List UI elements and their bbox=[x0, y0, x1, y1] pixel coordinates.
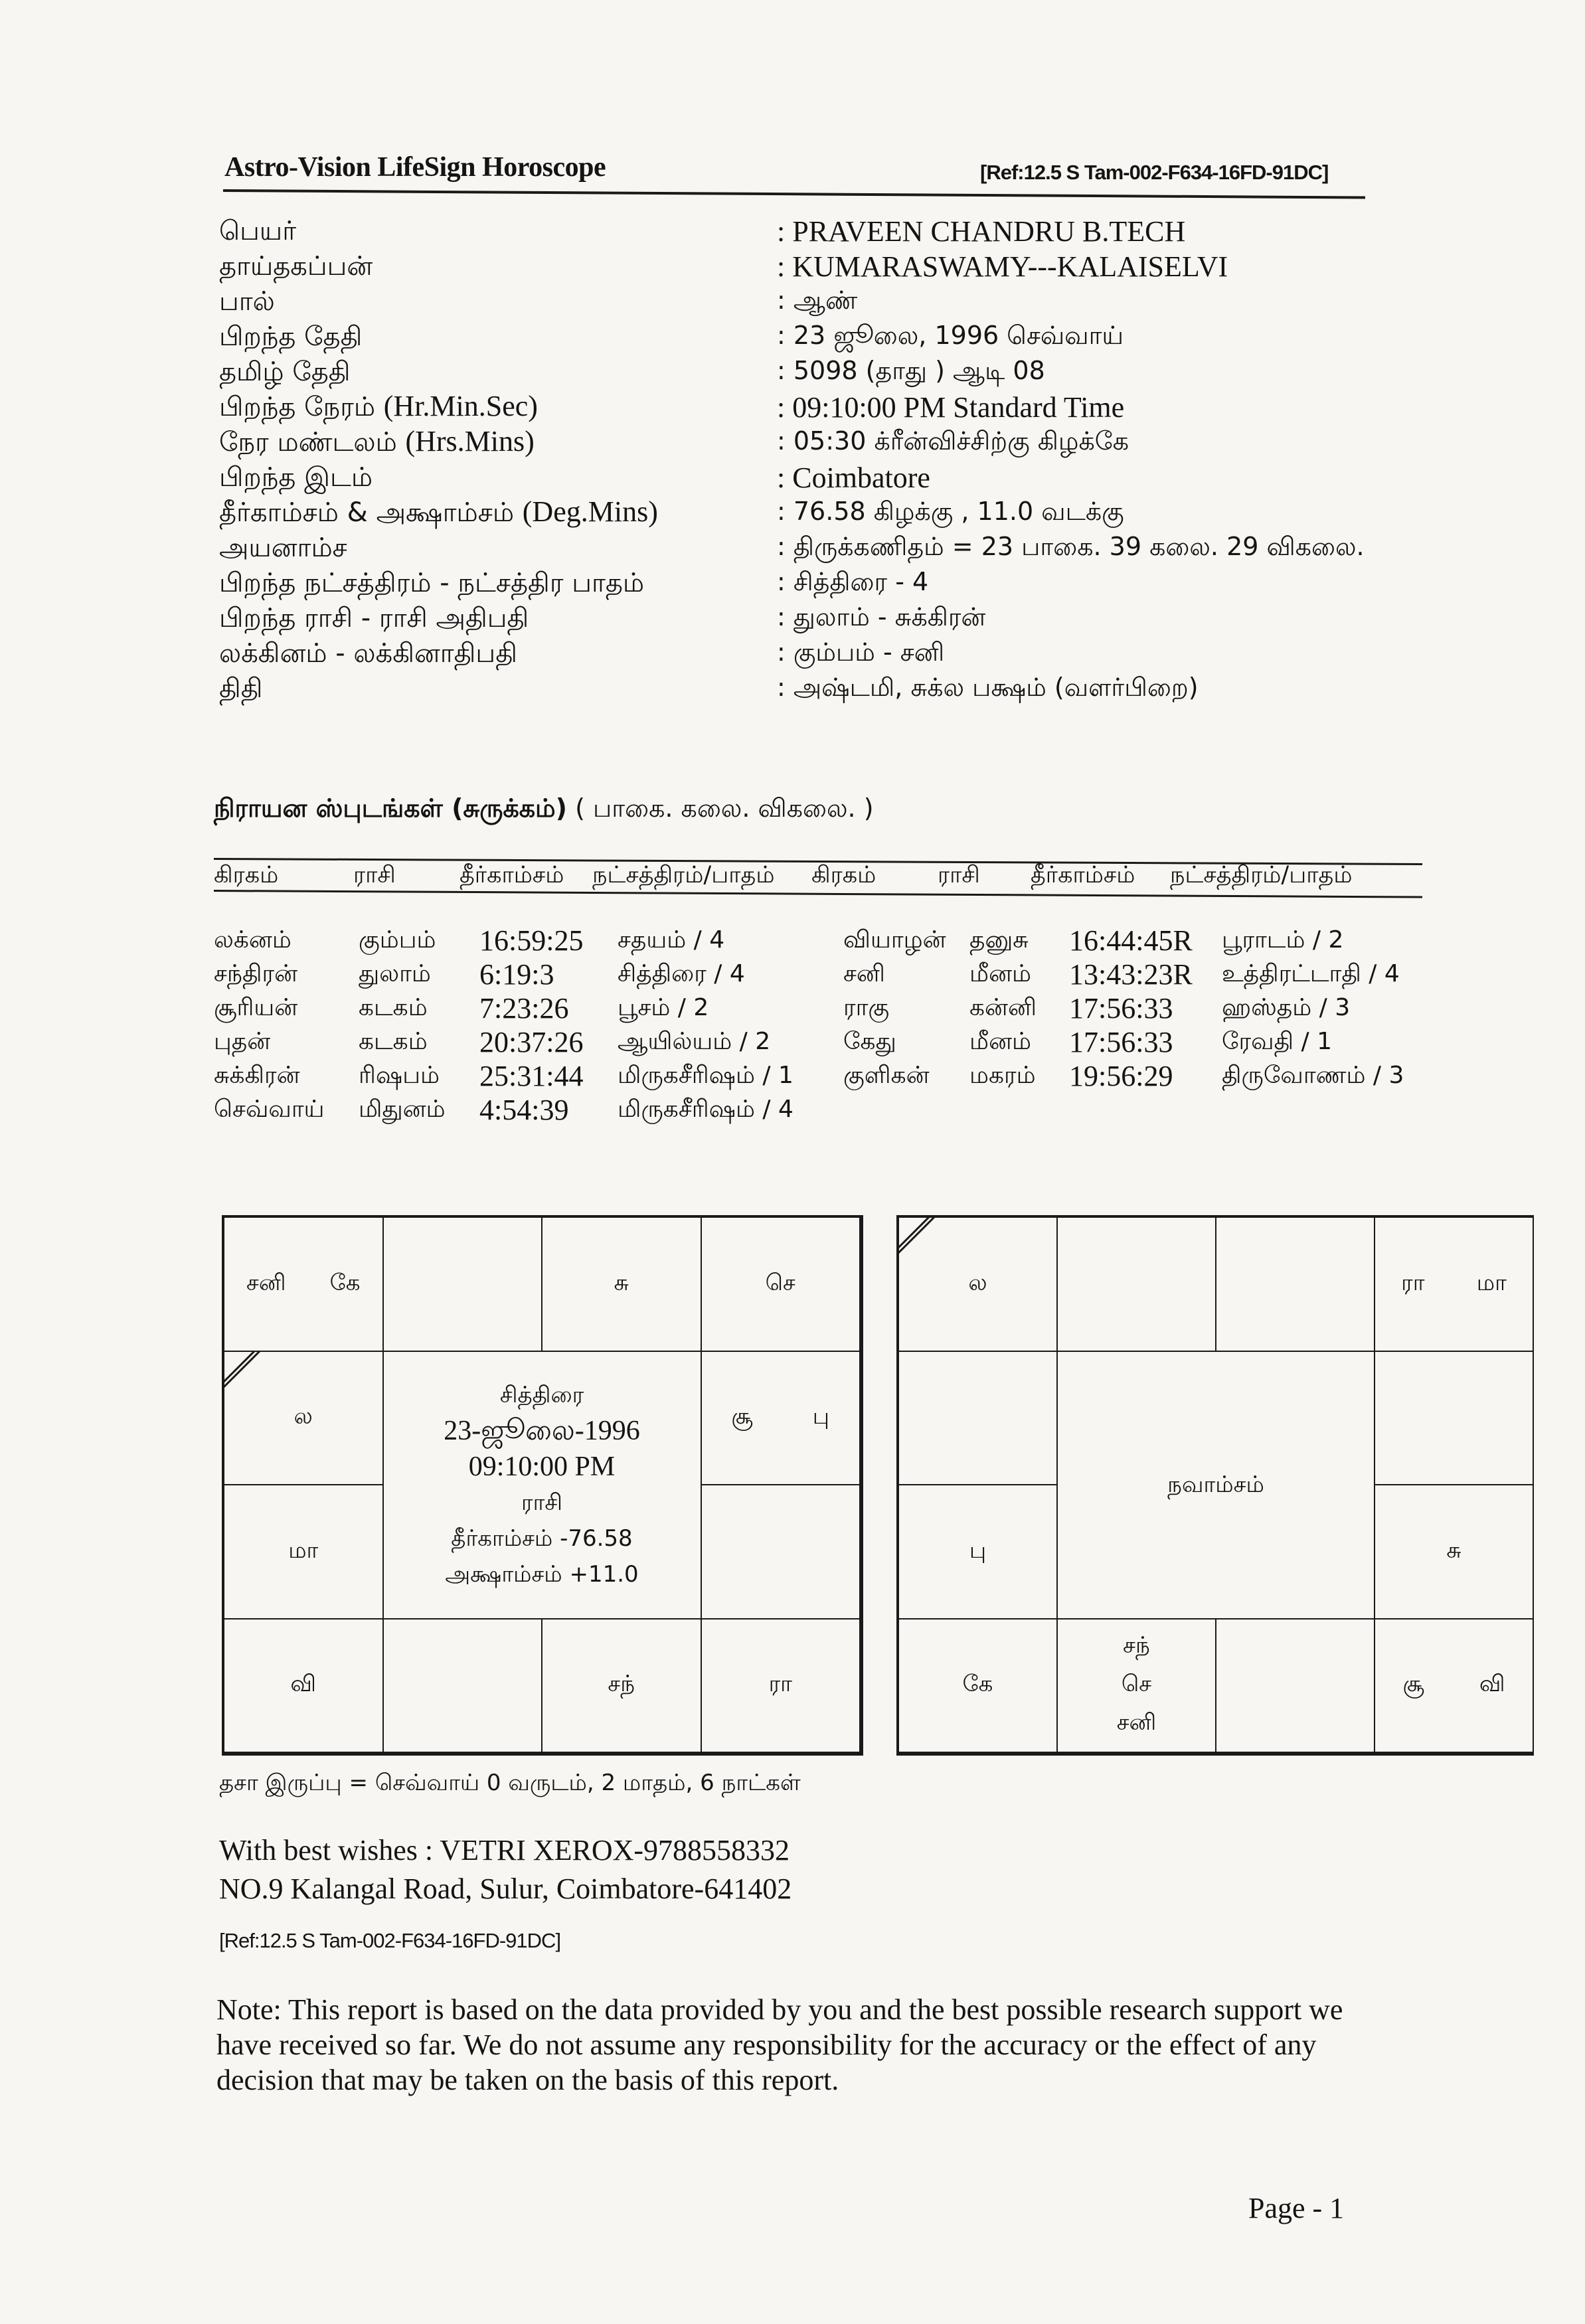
column-header: தீர்காம்சம் bbox=[459, 862, 564, 891]
detail-row: பால்: ஆண் bbox=[219, 284, 1481, 319]
cell-planet: கேது bbox=[843, 1028, 896, 1058]
lagna-marker-icon bbox=[898, 1216, 938, 1256]
cell-degree: 17:56:33 bbox=[1069, 991, 1173, 1025]
detail-label: நேர மண்டலம் (Hrs.Mins) bbox=[219, 424, 777, 461]
planet-abbrev: வி bbox=[1479, 1671, 1505, 1700]
horoscope-page: Astro-Vision LifeSign Horoscope [Ref:12.… bbox=[0, 0, 1585, 2324]
detail-value: : திருக்கணிதம் = 23 பாகை. 39 கலை. 29 விக… bbox=[777, 532, 1365, 565]
house-makaram: மா bbox=[223, 1484, 384, 1619]
detail-label: லக்கினம் - லக்கினாதிபதி bbox=[219, 635, 777, 672]
cell-planet: சனி bbox=[843, 960, 885, 991]
sphuta-title: நிராயன ஸ்புடங்கள் (சுருக்கம்) ( பாகை. கல… bbox=[214, 793, 874, 827]
cell-planet: குளிகன் bbox=[843, 1062, 930, 1092]
planet-abbrev: சனி bbox=[246, 1270, 286, 1299]
house-rishabam bbox=[1215, 1216, 1375, 1352]
house-kadagam: சூபு bbox=[701, 1351, 861, 1486]
cell-planet: ராகு bbox=[843, 994, 889, 1025]
detail-row: பெயர்: PRAVEEN CHANDRU B.TECH bbox=[219, 214, 1481, 249]
planet-abbrev: சூ bbox=[1402, 1671, 1424, 1700]
house-viruchikam: சந்செசனி bbox=[1056, 1618, 1216, 1754]
cell-planet: புதன் bbox=[214, 1028, 270, 1058]
house-mesham bbox=[382, 1216, 543, 1352]
lagna-marker-icon bbox=[223, 1351, 263, 1390]
dasa-balance: தசா இருப்பு = செவ்வாய் 0 வருடம், 2 மாதம்… bbox=[219, 1770, 801, 1799]
detail-label: பால் bbox=[219, 284, 777, 320]
cell-nakshatra: சித்திரை / 4 bbox=[618, 960, 745, 991]
house-thulam: சந் bbox=[541, 1618, 702, 1754]
house-makaram: பு bbox=[898, 1484, 1058, 1619]
planet-abbrev: சு bbox=[614, 1270, 629, 1299]
chart-center-line: 09:10:00 PM bbox=[469, 1449, 616, 1485]
detail-value: : Coimbatore bbox=[777, 461, 930, 495]
detail-value: : ஆண் bbox=[777, 286, 857, 319]
detail-row: பிறந்த இடம்: Coimbatore bbox=[219, 460, 1481, 495]
detail-label: தாய்தகப்பன் bbox=[219, 248, 777, 285]
cell-rasi: மிதுனம் bbox=[359, 1096, 446, 1126]
detail-value: : PRAVEEN CHANDRU B.TECH bbox=[777, 214, 1185, 248]
detail-value: : 05:30 க்ரீன்விச்சிற்கு கிழக்கே bbox=[777, 426, 1129, 459]
detail-value: : 5098 (தாது ) ஆடி 08 bbox=[777, 356, 1045, 389]
cell-nakshatra: ரேவதி / 1 bbox=[1222, 1028, 1332, 1058]
cell-nakshatra: ஹஸ்தம் / 3 bbox=[1222, 994, 1350, 1025]
chart-center-line: ராசி bbox=[521, 1485, 562, 1521]
planet-abbrev: சூ bbox=[731, 1403, 753, 1432]
detail-row: நேர மண்டலம் (Hrs.Mins): 05:30 க்ரீன்விச்… bbox=[219, 425, 1481, 460]
column-header: ராசி bbox=[938, 862, 980, 891]
detail-label: பிறந்த ராசி - ராசி அதிபதி bbox=[219, 600, 777, 637]
cell-rasi: துலாம் bbox=[359, 960, 431, 991]
house-viruchikam bbox=[382, 1618, 543, 1754]
planet-abbrev: பு bbox=[813, 1403, 829, 1432]
planet-abbrev: செ bbox=[766, 1270, 795, 1299]
detail-value: : கும்பம் - சனி bbox=[777, 637, 944, 671]
detail-row: தாய்தகப்பன்: KUMARASWAMY---KALAISELVI bbox=[219, 249, 1481, 284]
planet-abbrev: சு bbox=[1446, 1537, 1461, 1566]
detail-row: பிறந்த ராசி - ராசி அதிபதி: துலாம் - சுக்… bbox=[219, 601, 1481, 636]
planet-abbrev: சனி bbox=[1117, 1709, 1157, 1738]
cell-rasi: மீனம் bbox=[969, 1028, 1031, 1058]
cell-degree: 6:19:3 bbox=[479, 957, 554, 991]
cell-degree: 20:37:26 bbox=[479, 1025, 583, 1059]
planet-abbrev: வி bbox=[290, 1671, 316, 1700]
detail-row: பிறந்த தேதி: 23 ஜூலை, 1996 செவ்வாய் bbox=[219, 319, 1481, 355]
house-kumbam bbox=[898, 1351, 1058, 1486]
detail-row: தமிழ் தேதி: 5098 (தாது ) ஆடி 08 bbox=[219, 355, 1481, 390]
house-meenam: சனிகே bbox=[223, 1216, 384, 1352]
chart-center: சித்திரை23-ஜூலை-199609:10:00 PMராசிதீர்க… bbox=[382, 1351, 702, 1619]
chart-center: நவாம்சம் bbox=[1056, 1351, 1375, 1619]
cell-degree: 16:44:45R bbox=[1069, 924, 1193, 957]
cell-degree: 4:54:39 bbox=[479, 1093, 568, 1127]
planet-abbrev: கே bbox=[330, 1270, 361, 1299]
cell-nakshatra: மிருகசீரிஷம் / 1 bbox=[618, 1062, 793, 1092]
planet-abbrev: மா bbox=[1477, 1270, 1507, 1299]
detail-row: பிறந்த நட்சத்திரம் - நட்சத்திர பாதம்: சி… bbox=[219, 566, 1481, 601]
cell-planet: லக்னம் bbox=[214, 926, 292, 957]
detail-value: : துலாம் - சுக்கிரன் bbox=[777, 602, 985, 635]
house-rishabam: சு bbox=[541, 1216, 702, 1352]
chart-center-line: தீர்காம்சம் -76.58 bbox=[451, 1521, 632, 1556]
cell-nakshatra: பூசம் / 2 bbox=[618, 994, 709, 1025]
chart-center-line: சித்திரை bbox=[500, 1377, 584, 1413]
detail-label: பிறந்த நட்சத்திரம் - நட்சத்திர பாதம் bbox=[219, 565, 777, 602]
house-mithunam: செ bbox=[701, 1216, 861, 1352]
detail-value: : 23 ஜூலை, 1996 செவ்வாய் bbox=[777, 321, 1124, 354]
house-simmam: சு bbox=[1374, 1484, 1534, 1619]
header-divider bbox=[223, 189, 1365, 199]
cell-rasi: மகரம் bbox=[969, 1062, 1036, 1092]
chart-center-label: நவாம்சம் bbox=[1167, 1467, 1264, 1503]
cell-planet: செவ்வாய் bbox=[214, 1096, 325, 1126]
cell-degree: 13:43:23R bbox=[1069, 957, 1193, 991]
disclaimer-note: Note: This report is based on the data p… bbox=[216, 1992, 1345, 2098]
cell-planet: வியாழன் bbox=[843, 926, 946, 957]
cell-nakshatra: பூராடம் / 2 bbox=[1222, 926, 1343, 957]
house-dhanusu: வி bbox=[223, 1618, 384, 1754]
detail-row: அயனாம்ச: திருக்கணிதம் = 23 பாகை. 39 கலை.… bbox=[219, 531, 1481, 566]
column-header: தீர்காம்சம் bbox=[1031, 862, 1135, 891]
detail-row: திதி: அஷ்டமி, சுக்ல பக்ஷம் (வளர்பிறை) bbox=[219, 671, 1481, 706]
detail-value: : 09:10:00 PM Standard Time bbox=[777, 390, 1124, 424]
column-header: கிரகம் bbox=[811, 862, 876, 891]
sphuta-title-main: நிராயன ஸ்புடங்கள் (சுருக்கம்) bbox=[214, 793, 567, 823]
planet-abbrev: பு bbox=[969, 1537, 986, 1566]
detail-label: பிறந்த இடம் bbox=[219, 459, 777, 496]
cell-planet: சந்திரன் bbox=[214, 960, 297, 991]
report-title: Astro-Vision LifeSign Horoscope bbox=[224, 151, 606, 183]
house-simmam bbox=[701, 1484, 861, 1619]
cell-planet: சுக்கிரன் bbox=[214, 1062, 300, 1092]
detail-value: : அஷ்டமி, சுக்ல பக்ஷம் (வளர்பிறை) bbox=[777, 673, 1199, 706]
cell-rasi: மீனம் bbox=[969, 960, 1031, 991]
cell-nakshatra: சதயம் / 4 bbox=[618, 926, 724, 957]
detail-label: பிறந்த நேரம் (Hr.Min.Sec) bbox=[219, 389, 777, 426]
cell-degree: 19:56:29 bbox=[1069, 1059, 1173, 1093]
detail-row: தீர்காம்சம் & அக்ஷாம்சம் (Deg.Mins): 76.… bbox=[219, 495, 1481, 531]
house-thulam bbox=[1215, 1618, 1375, 1754]
column-header: ராசி bbox=[353, 862, 396, 891]
best-wishes: With best wishes : VETRI XEROX-978855833… bbox=[219, 1831, 792, 1870]
detail-label: பிறந்த தேதி bbox=[219, 319, 777, 355]
detail-row: லக்கினம் - லக்கினாதிபதி: கும்பம் - சனி bbox=[219, 636, 1481, 671]
detail-value: : சித்திரை - 4 bbox=[777, 567, 928, 600]
detail-label: தீர்காம்சம் & அக்ஷாம்சம் (Deg.Mins) bbox=[219, 495, 777, 531]
planet-abbrev: சந் bbox=[1123, 1632, 1150, 1661]
column-header: கிரகம் bbox=[214, 862, 278, 891]
cell-planet: சூரியன் bbox=[214, 994, 297, 1025]
house-mithunam: ராமா bbox=[1374, 1216, 1534, 1352]
navamsa-chart: லராமாபுசுகேசந்செசனிசூவிநவாம்சம் bbox=[896, 1215, 1534, 1756]
planet-abbrev: மா bbox=[288, 1537, 318, 1566]
planet-table-header: கிரகம்ராசிதீர்காம்சம்நட்சத்திரம்/பாதம்கி… bbox=[214, 857, 1422, 890]
detail-label: பெயர் bbox=[219, 213, 777, 250]
address: NO.9 Kalangal Road, Sulur, Coimbatore-64… bbox=[219, 1870, 792, 1908]
planet-abbrev: செ bbox=[1122, 1671, 1151, 1700]
detail-label: அயனாம்ச bbox=[219, 530, 777, 566]
detail-value: : KUMARASWAMY---KALAISELVI bbox=[777, 250, 1228, 284]
cell-rasi: தனுசு bbox=[969, 926, 1029, 957]
planet-abbrev: ரா bbox=[1401, 1270, 1424, 1299]
detail-value: : 76.58 கிழக்கு , 11.0 வடக்கு bbox=[777, 497, 1124, 530]
column-header: நட்சத்திரம்/பாதம் bbox=[592, 862, 775, 891]
cell-rasi: கன்னி bbox=[969, 994, 1037, 1025]
rasi-chart: சனிகேசுசெலசூபுமாவிசந்ராசித்திரை23-ஜூலை-1… bbox=[222, 1215, 863, 1756]
cell-rasi: ரிஷபம் bbox=[359, 1062, 440, 1092]
cell-degree: 25:31:44 bbox=[479, 1059, 583, 1093]
planet-abbrev: சந் bbox=[608, 1671, 635, 1700]
footer-ref: [Ref:12.5 S Tam-002-F634-16FD-91DC] bbox=[219, 1929, 560, 1953]
page-number: Page - 1 bbox=[1248, 2191, 1344, 2225]
footer-contact: With best wishes : VETRI XEROX-978855833… bbox=[219, 1831, 792, 1908]
sphuta-title-units: ( பாகை. கலை. விகலை. ) bbox=[567, 793, 874, 823]
cell-degree: 16:59:25 bbox=[479, 924, 583, 957]
cell-nakshatra: மிருகசீரிஷம் / 4 bbox=[618, 1096, 793, 1126]
birth-details: பெயர்: PRAVEEN CHANDRU B.TECHதாய்தகப்பன்… bbox=[219, 214, 1481, 706]
planet-abbrev: ல bbox=[968, 1270, 987, 1299]
detail-row: பிறந்த நேரம் (Hr.Min.Sec): 09:10:00 PM S… bbox=[219, 390, 1481, 425]
house-dhanusu: கே bbox=[898, 1618, 1058, 1754]
cell-rasi: கடகம் bbox=[359, 1028, 428, 1058]
cell-nakshatra: ஆயில்யம் / 2 bbox=[618, 1028, 770, 1058]
cell-nakshatra: உத்திரட்டாதி / 4 bbox=[1222, 960, 1400, 991]
detail-label: திதி bbox=[219, 671, 777, 707]
chart-center-line: அக்ஷாம்சம் +11.0 bbox=[445, 1556, 638, 1592]
detail-label: தமிழ் தேதி bbox=[219, 354, 777, 390]
house-kanni: சூவி bbox=[1374, 1618, 1534, 1754]
planet-abbrev: கே bbox=[963, 1671, 993, 1700]
column-header: நட்சத்திரம்/பாதம் bbox=[1170, 862, 1353, 891]
planet-abbrev: ல bbox=[294, 1403, 313, 1432]
house-kanni: ரா bbox=[701, 1618, 861, 1754]
cell-rasi: கும்பம் bbox=[359, 926, 436, 957]
planet-abbrev: ரா bbox=[769, 1671, 792, 1700]
cell-degree: 7:23:26 bbox=[479, 991, 568, 1025]
cell-rasi: கடகம் bbox=[359, 994, 428, 1025]
house-mesham bbox=[1056, 1216, 1216, 1352]
cell-nakshatra: திருவோணம் / 3 bbox=[1222, 1062, 1404, 1092]
report-ref: [Ref:12.5 S Tam-002-F634-16FD-91DC] bbox=[980, 161, 1328, 185]
chart-center-line: 23-ஜூலை-1996 bbox=[444, 1413, 639, 1449]
cell-degree: 17:56:33 bbox=[1069, 1025, 1173, 1059]
house-kadagam bbox=[1374, 1351, 1534, 1486]
